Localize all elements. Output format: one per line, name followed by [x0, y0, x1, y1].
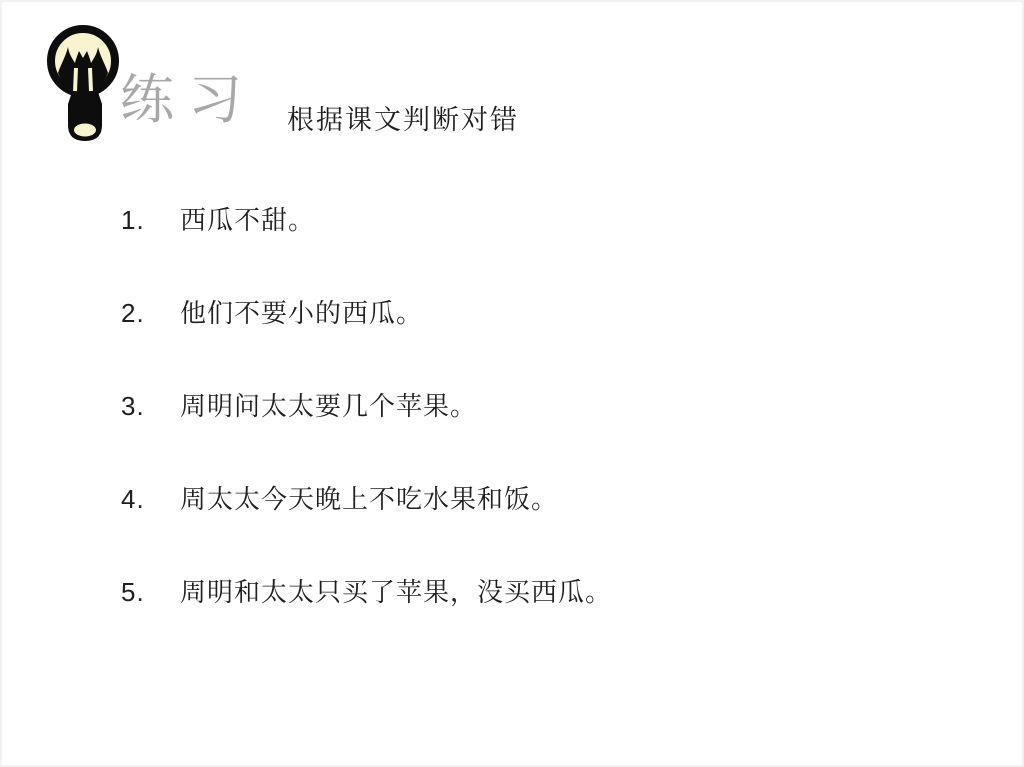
slide: 练习 根据课文判断对错 1. 西瓜不甜。 2. 他们不要小的西瓜。 3. 周明问…: [0, 0, 1024, 767]
item-number: 5.: [121, 577, 180, 608]
list-item: 5. 周明和太太只买了苹果，没买西瓜。: [121, 577, 901, 608]
item-text: 周太太今天晚上不吃水果和饭。: [180, 484, 558, 515]
item-text: 周明和太太只买了苹果，没买西瓜。: [180, 577, 612, 608]
item-text: 他们不要小的西瓜。: [180, 298, 423, 329]
item-number: 4.: [121, 484, 180, 515]
lightbulb-icon: [46, 18, 120, 148]
item-number: 1.: [121, 205, 180, 236]
page-subtitle: 根据课文判断对错: [287, 104, 519, 136]
list-item: 2. 他们不要小的西瓜。: [121, 298, 901, 329]
item-text: 周明问太太要几个苹果。: [180, 391, 477, 422]
item-text: 西瓜不甜。: [180, 205, 315, 236]
item-number: 3.: [121, 391, 180, 422]
statement-list: 1. 西瓜不甜。 2. 他们不要小的西瓜。 3. 周明问太太要几个苹果。 4. …: [121, 205, 901, 670]
item-number: 2.: [121, 298, 180, 329]
list-item: 3. 周明问太太要几个苹果。: [121, 391, 901, 422]
list-item: 1. 西瓜不甜。: [121, 205, 901, 236]
list-item: 4. 周太太今天晚上不吃水果和饭。: [121, 484, 901, 515]
page-title: 练习: [120, 70, 256, 130]
